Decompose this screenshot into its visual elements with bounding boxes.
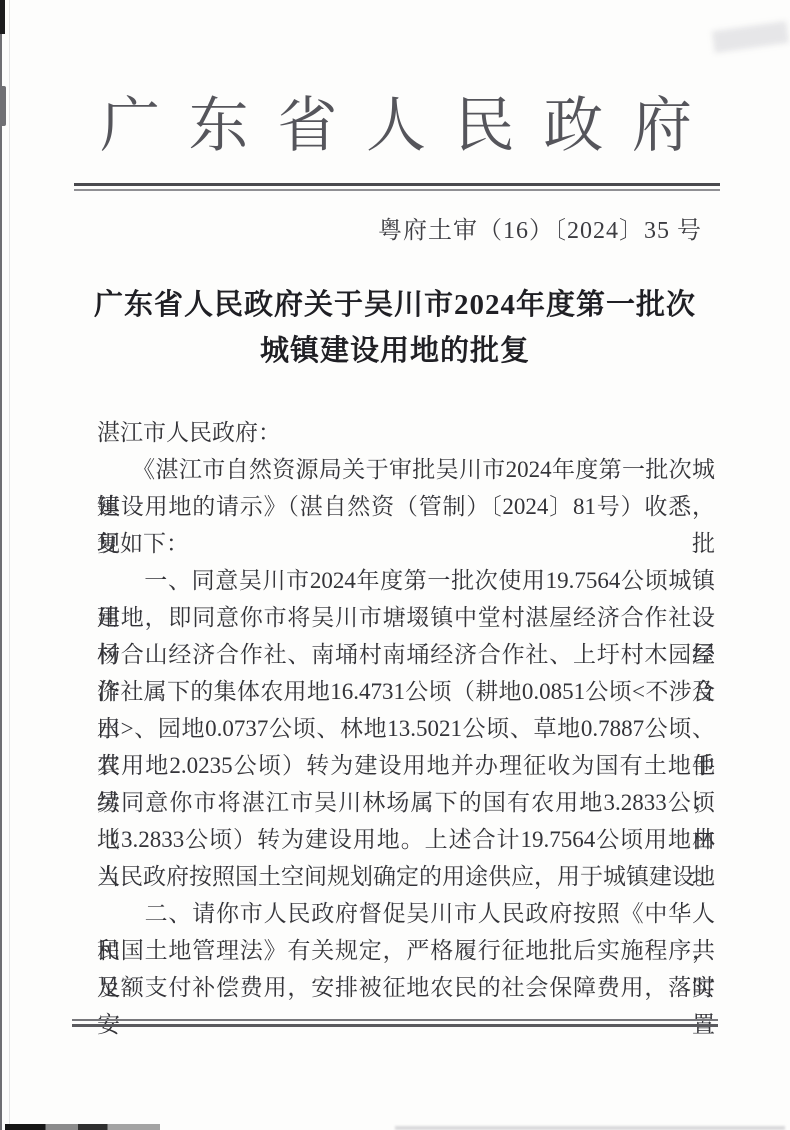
document-title: 广东省人民政府关于吴川市2024年度第一批次 城镇建设用地的批复 bbox=[0, 282, 790, 374]
scan-edge-left-blob bbox=[0, 86, 6, 126]
body-line: 用地，即同意你市将吴川市塘㙍镇中堂村湛屋经济合作社、杨屋 bbox=[97, 599, 715, 636]
scan-smudge-top-right bbox=[712, 21, 789, 53]
document-number: 粤府土审（16）〔2024〕35 号 bbox=[378, 210, 702, 245]
body-line: 二、请你市人民政府督促吴川市人民政府按照《中华人民共 bbox=[97, 895, 715, 932]
scan-smudge-bottom-right bbox=[395, 1126, 785, 1130]
body-line: 地3.2833公顷）转为建设用地。上述合计19.7564公顷用地由当地 bbox=[97, 821, 715, 858]
body-line-salutation: 湛江市人民政府： bbox=[97, 414, 715, 451]
scan-strip-bottom-left bbox=[5, 1124, 160, 1130]
body-line: 村合山经济合作社、南埇村南埇经济合作社、上圩村木园经济合 bbox=[97, 636, 715, 673]
document-page: 广东省人民政府 粤府土审（16）〔2024〕35 号 广东省人民政府关于吴川市2… bbox=[0, 0, 790, 1130]
scan-edge-inner-line bbox=[9, 0, 10, 1130]
body-line: 建设用地的请示》（湛自然资（管制）〔2024〕81号）收悉，现批 bbox=[97, 488, 715, 525]
body-line: 作社属下的集体农用地16.4731公顷（耕地0.0851公顷<不涉及水 bbox=[97, 673, 715, 710]
body-line: 人民政府按照国土空间规划确定的用途供应，用于城镇建设。 bbox=[97, 858, 715, 895]
body-line: 田>、园地0.0737公顷、林地13.5021公顷、草地0.7887公顷、其他 bbox=[97, 710, 715, 747]
body-line: 一、同意吴川市2024年度第一批次使用19.7564公顷城镇建设 bbox=[97, 562, 715, 599]
body-line: 农用地2.0235公顷）转为建设用地并办理征收为国有土地手续； bbox=[97, 747, 715, 784]
scan-edge-left-top bbox=[0, 0, 5, 34]
letterhead-agency-name: 广东省人民政府 bbox=[100, 90, 692, 162]
document-body: 湛江市人民政府： 《湛江市自然资源局关于审批吴川市2024年度第一批次城镇 建设… bbox=[97, 414, 715, 1006]
footer-rule bbox=[72, 1019, 718, 1027]
body-line: 和国土地管理法》有关规定，严格履行征地批后实施程序，及时 bbox=[97, 932, 715, 969]
body-line: 足额支付补偿费用，安排被征地农民的社会保障费用，落实安置 bbox=[97, 969, 715, 1006]
body-line: 《湛江市自然资源局关于审批吴川市2024年度第一批次城镇 bbox=[97, 451, 715, 488]
scan-edge-left bbox=[0, 0, 2, 1130]
document-title-line1: 广东省人民政府关于吴川市2024年度第一批次 bbox=[0, 282, 790, 328]
letterhead-rule bbox=[74, 183, 720, 191]
body-line: 另同意你市将湛江市吴川林场属下的国有农用地3.2833公顷（林 bbox=[97, 784, 715, 821]
document-title-line2: 城镇建设用地的批复 bbox=[0, 328, 790, 374]
